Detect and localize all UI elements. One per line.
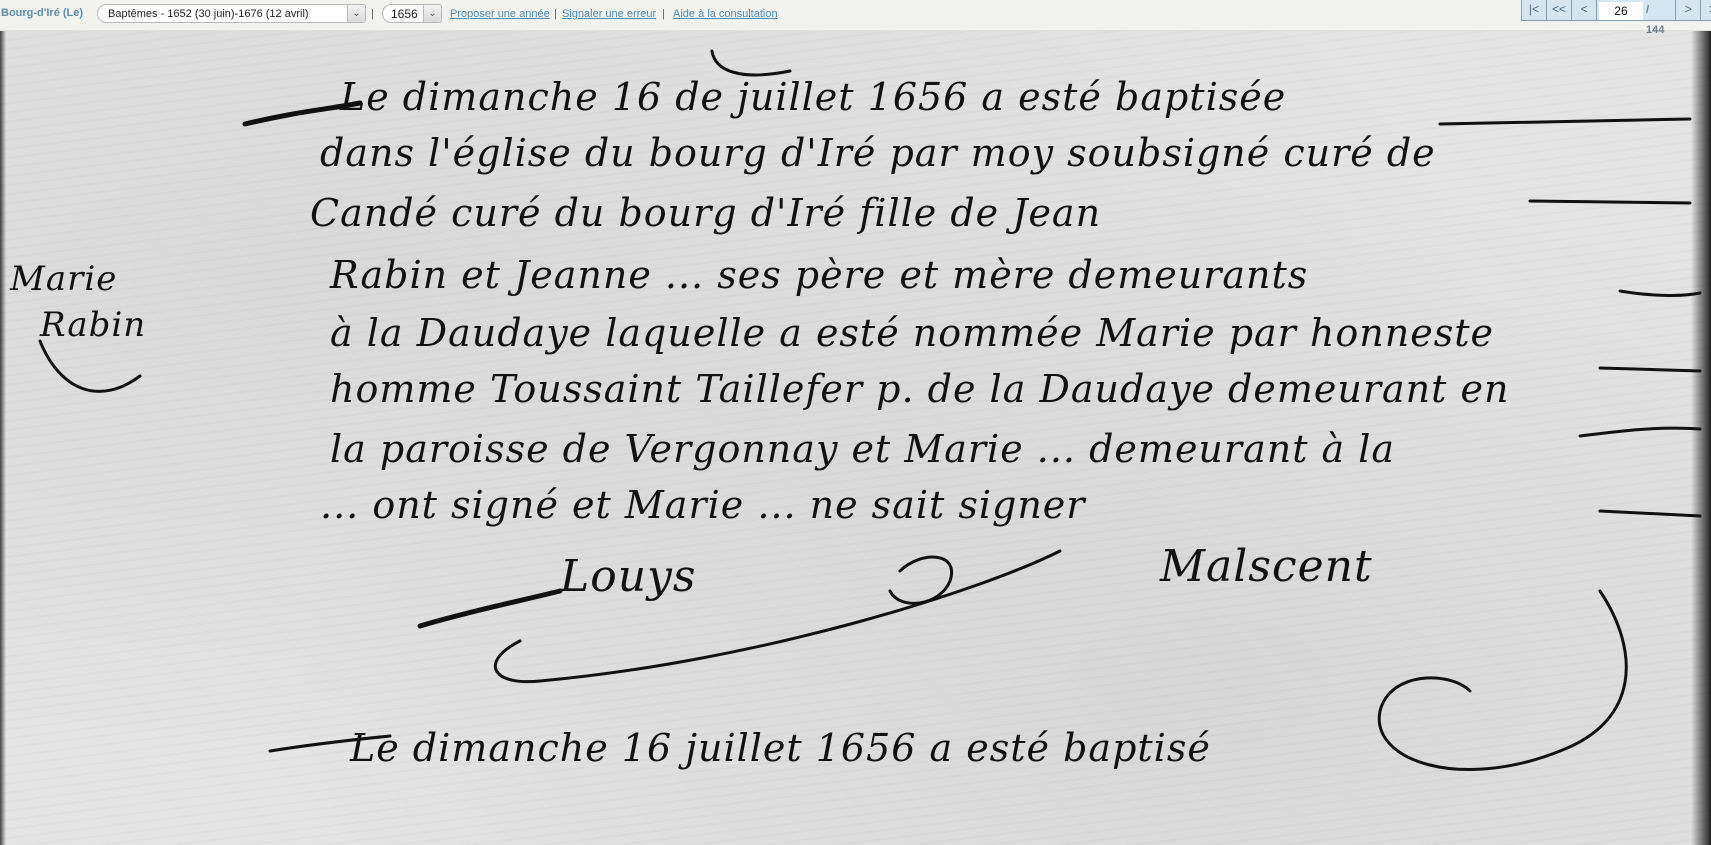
signature: Malscent [1160, 541, 1373, 592]
signature: Louys [560, 551, 696, 602]
next-page-button[interactable]: > [1676, 0, 1701, 20]
first-page-button[interactable]: |< [1522, 0, 1547, 20]
chevron-down-icon[interactable]: ⌄ [347, 5, 365, 22]
register-line: Candé curé du bourg d'Iré fille de Jean [310, 191, 1101, 235]
register-select[interactable]: Baptêmes - 1652 (30 juin)-1676 (12 avril… [97, 4, 366, 23]
commune-name[interactable]: Bourg-d'Iré (Le) [1, 7, 83, 19]
page-number-input[interactable] [1599, 2, 1643, 20]
separator: | [662, 8, 665, 20]
help-link[interactable]: Aide à la consultation [673, 8, 778, 20]
register-line: Le dimanche 16 juillet 1656 a esté bapti… [350, 726, 1211, 770]
register-line: dans l'église du bourg d'Iré par moy sou… [320, 131, 1436, 175]
separator: | [371, 8, 374, 20]
register-line: homme Toussaint Taillefer p. de la Dauda… [330, 367, 1509, 411]
register-line: Le dimanche 16 de juillet 1656 a esté ba… [340, 75, 1286, 119]
page-total: / 144 [1645, 0, 1676, 20]
register-select-value: Baptêmes - 1652 (30 juin)-1676 (12 avril… [108, 8, 309, 20]
register-line: Rabin et Jeanne ... ses père et mère dem… [330, 253, 1308, 297]
register-line: ... ont signé et Marie ... ne sait signe… [320, 483, 1085, 527]
year-select[interactable]: 1656 ⌄ [382, 4, 442, 23]
year-select-value: 1656 [391, 7, 418, 21]
report-error-link[interactable]: Signaler une erreur [562, 8, 656, 20]
register-line: à la Daudaye laquelle a esté nommée Mari… [330, 311, 1494, 355]
margin-note-line: Rabin [10, 302, 146, 348]
previous-page-button[interactable]: < [1572, 0, 1597, 20]
propose-year-link[interactable]: Proposer une année [450, 8, 550, 20]
chevron-down-icon[interactable]: ⌄ [423, 5, 441, 22]
margin-note-line: Marie [10, 256, 146, 302]
register-line: la paroisse de Vergonnay et Marie ... de… [330, 427, 1395, 471]
separator: | [554, 8, 557, 20]
document-image-viewer[interactable]: Marie Rabin Le dimanche 16 de juillet 16… [0, 31, 1711, 845]
viewer-toolbar: Bourg-d'Iré (Le) Baptêmes - 1652 (30 jui… [0, 0, 1711, 31]
back-fast-button[interactable]: << [1547, 0, 1572, 20]
last-page-button[interactable]: >| [1701, 0, 1711, 20]
page-navigator: |< << < / 144 > >| [1521, 0, 1711, 21]
margin-note: Marie Rabin [10, 256, 146, 348]
